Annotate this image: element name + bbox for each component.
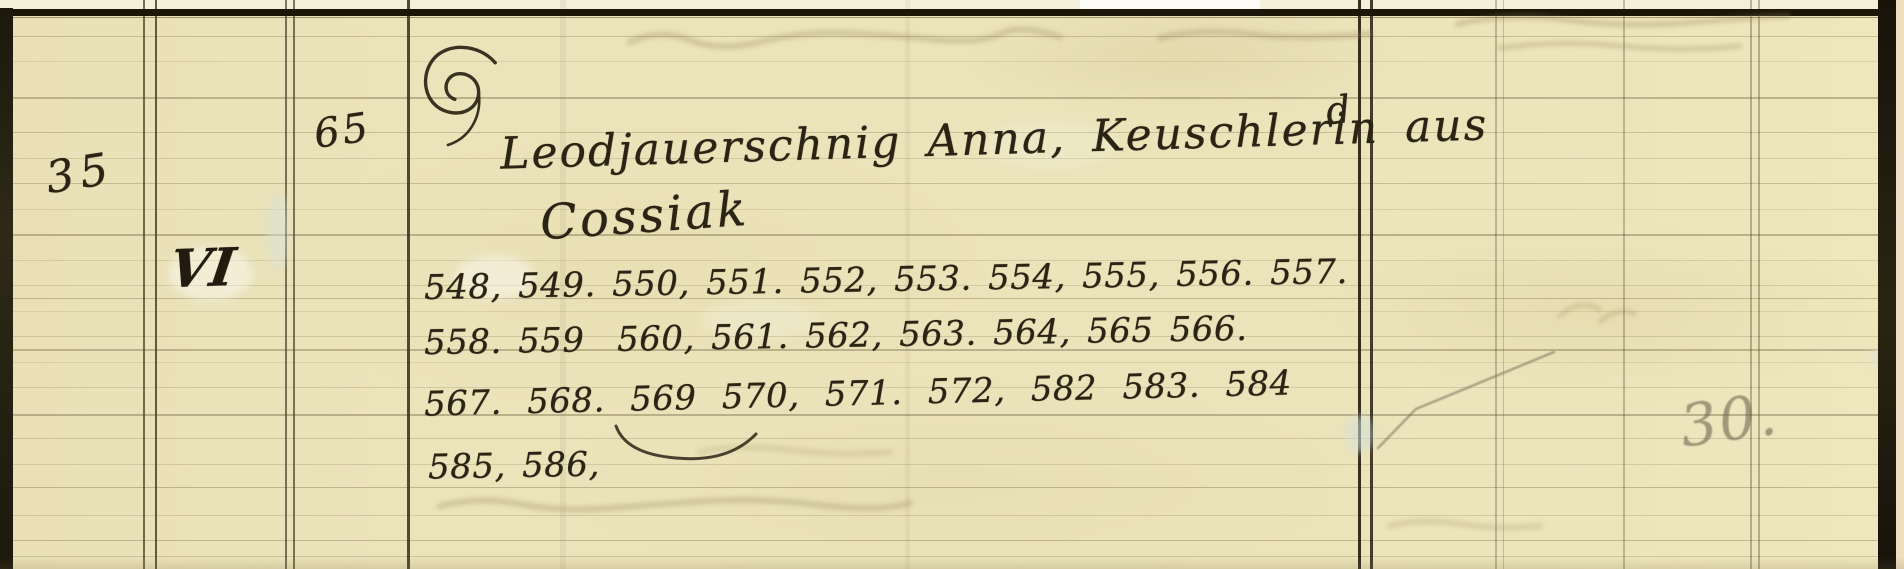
entry-number: 65	[311, 104, 374, 157]
entry-name-superscript: d	[1324, 87, 1353, 133]
page-bottom-shade	[0, 557, 1904, 569]
row-end-swash	[600, 418, 780, 473]
folio-number: 35	[42, 143, 117, 204]
pencil-checkmark	[1360, 340, 1580, 460]
parcel-row-4: 585, 586,	[428, 445, 600, 488]
register-page-scan: 35 VI 65 Leodjauerschnig Anna, Keuschler…	[0, 0, 1904, 569]
pencil-number: 30.	[1676, 379, 1783, 460]
class-numeral: VI	[166, 237, 239, 301]
